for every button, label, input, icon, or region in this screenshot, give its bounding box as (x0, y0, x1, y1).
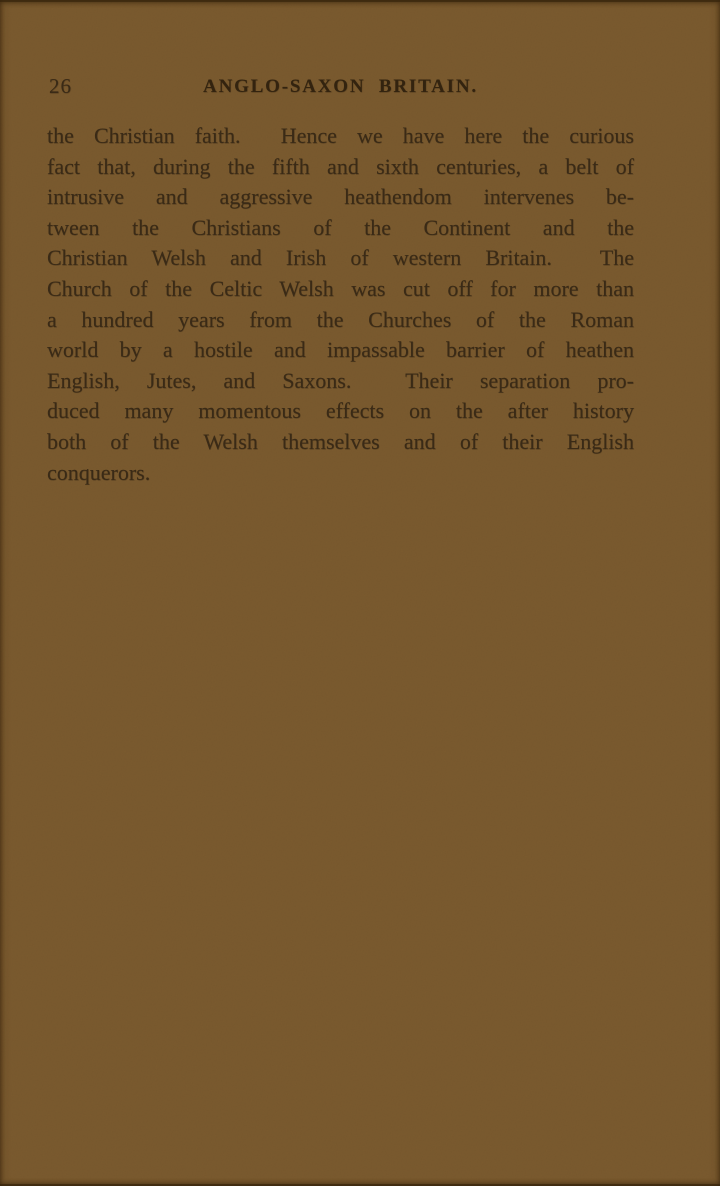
book-page: 26 ANGLO-SAXON BRITAIN. the Christian fa… (0, 0, 720, 1186)
text-line: Church of the Celtic Welsh was cut off f… (47, 274, 634, 305)
text-line: Christian Welsh and Irish of western Bri… (47, 243, 634, 274)
text-line: a hundred years from the Churches of the… (47, 305, 634, 336)
text-line: English, Jutes, and Saxons. Their separa… (47, 366, 634, 397)
text-line: fact that, during the fifth and sixth ce… (47, 152, 634, 183)
body-paragraph: the Christian faith. Hence we have here … (47, 121, 634, 488)
text-line: intrusive and aggressive heathendom inte… (47, 182, 634, 213)
text-line: conquerors. (47, 458, 634, 489)
running-header: ANGLO-SAXON BRITAIN. (47, 76, 634, 98)
text-line: world by a hostile and impassable barrie… (47, 335, 634, 366)
text-line: the Christian faith. Hence we have here … (47, 121, 634, 152)
text-line: tween the Christians of the Continent an… (47, 213, 634, 244)
text-line: duced many momentous effects on the afte… (47, 396, 634, 427)
text-line: both of the Welsh themselves and of thei… (47, 427, 634, 458)
